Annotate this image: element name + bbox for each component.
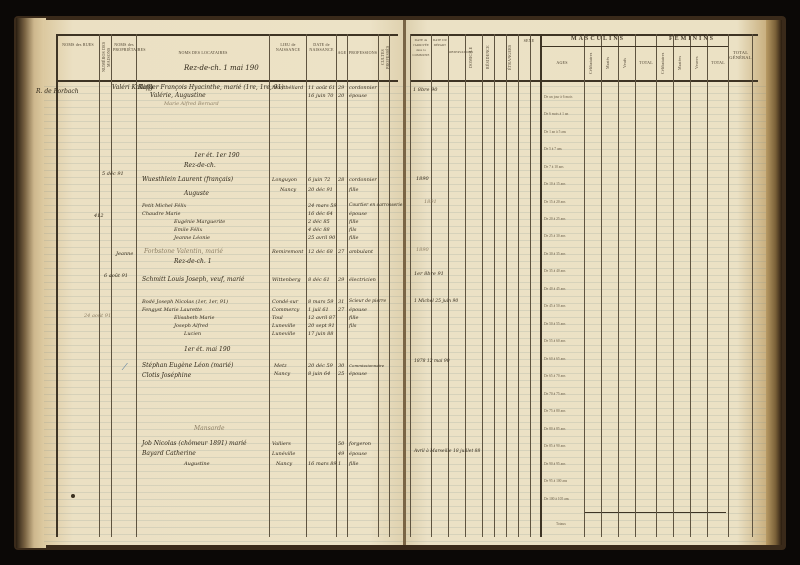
tenant-name: Wuesthlein Laurent (français) xyxy=(142,176,233,184)
col-divider xyxy=(690,34,691,537)
arrival-date: 1 8bre 90 xyxy=(413,86,437,94)
tenant-name: Job Nicolas (chômeur 1891) marié xyxy=(142,440,247,448)
age: 29 xyxy=(338,276,344,284)
header-sexe: SEXE xyxy=(518,38,540,43)
header-m-veufs: Veufs xyxy=(622,50,630,76)
age-row-label: De 40 à 45 ans xyxy=(544,287,565,291)
age-row-label: De 7 à 10 ans xyxy=(544,165,564,169)
header-m-maries: Mariés xyxy=(605,50,613,76)
age-row-label: De 5 à 7 ans xyxy=(544,147,562,151)
tenant-name: Clotis Joséphine xyxy=(142,372,191,380)
birthdate: 8 juin 64 xyxy=(308,370,330,378)
arrival-date: 1878 12 mai 90 xyxy=(414,358,450,366)
ruled-lines xyxy=(406,80,766,545)
tenant-name: Auguste xyxy=(184,190,209,198)
tenant-name: Elisabeth Marie xyxy=(174,314,214,322)
birthplace: Condé-sur xyxy=(272,298,298,306)
col-divider xyxy=(482,34,483,537)
tenant-name: Fengyst Marie Laurette xyxy=(142,306,202,314)
handwritten-heading: Rez-de-ch. 1 mai 190 xyxy=(184,64,259,72)
col-divider xyxy=(656,34,657,537)
age-row-label: De 75 à 80 ans xyxy=(544,409,565,413)
profession: fille xyxy=(349,234,359,242)
section-label: 1er ét. 1er 190 xyxy=(194,152,240,160)
col-divider xyxy=(136,34,137,537)
margin-note: 6 août 91 xyxy=(104,272,128,280)
age-row-label: De 30 à 35 ans xyxy=(544,252,565,256)
age-row-label: De 95 à 100 ans xyxy=(544,479,567,483)
birthdate: 8 mars 59 xyxy=(308,298,333,306)
age-row-label: De 20 à 25 ans xyxy=(544,217,565,221)
arrival-date: 1890 xyxy=(416,246,429,254)
col-divider xyxy=(494,34,495,537)
section-label: 1er ét. mai 190 xyxy=(184,346,230,354)
age: 27 xyxy=(338,306,344,314)
col-divider xyxy=(584,34,585,537)
tenant-name: Joseph Alfred xyxy=(174,322,208,330)
birthdate: 24 mars 59 xyxy=(308,202,337,210)
tenant-name: Marie Alfred Bernard xyxy=(164,100,219,108)
birthdate: 16 mars 89 xyxy=(308,460,337,468)
age: 31 xyxy=(338,298,344,306)
arrival-date: Avril à Marseille 18 juillet 88 xyxy=(414,448,480,456)
ink-dot xyxy=(71,494,75,498)
section-label: Mansarde xyxy=(194,425,225,433)
birthplace: Commercy xyxy=(272,306,299,314)
col-divider xyxy=(99,34,100,537)
age-row-label: De 85 à 90 ans xyxy=(544,444,565,448)
col-divider xyxy=(506,34,507,537)
birthdate: 20 sept 91 xyxy=(308,322,335,330)
age-row-label: De 65 à 70 ans xyxy=(544,374,565,378)
age: 49 xyxy=(338,450,344,458)
col-divider xyxy=(752,34,753,537)
age-row-label: De 1 an à 5 ans xyxy=(544,130,566,134)
header-date: DATE de NAISSANCE xyxy=(308,42,335,52)
col-divider xyxy=(306,34,307,537)
birthplace: Longuyon xyxy=(272,176,297,184)
tenant-name: Schmitt Louis Joseph, veuf, marié xyxy=(142,276,244,284)
right-page: DATE de l'ARRIVÉE dans la COMMUNE DATE D… xyxy=(406,20,766,545)
profession: épouse xyxy=(349,92,367,100)
header-domicile: DOMICILE xyxy=(468,38,478,76)
profession: Courtier en carrosserie xyxy=(349,202,402,210)
arrival-date: 1 Michel 25 juin 90 xyxy=(414,298,458,306)
header-date-arrivee: DATE de l'ARRIVÉE dans la COMMUNE xyxy=(411,38,431,58)
col-divider xyxy=(540,34,542,537)
header-f-veuves: Veuves xyxy=(694,50,702,76)
profession: fille xyxy=(349,460,359,468)
header-residence: RÉSIDENCE xyxy=(485,38,493,76)
header-f-mariees: Mariées xyxy=(677,50,685,76)
tenant-name: Jeanne Léonie xyxy=(174,234,210,242)
birthplace: Luneville xyxy=(272,330,295,338)
birthplace: Metz xyxy=(274,362,287,370)
birthdate: 16 juin 70 xyxy=(308,92,334,100)
age: 29 xyxy=(338,84,344,92)
header-noms-rues: NOMS des RUES xyxy=(58,42,98,47)
col-divider xyxy=(673,34,674,537)
birthplace: Valliers xyxy=(272,440,291,448)
header-numeros: NUMÉROS DES MAISONS xyxy=(101,38,110,76)
col-divider xyxy=(448,34,449,537)
col-divider xyxy=(465,34,466,537)
col-divider xyxy=(728,34,729,537)
birthdate: 1 juil 61 xyxy=(308,306,329,314)
margin-note: 412 xyxy=(94,212,104,220)
col-divider xyxy=(601,34,602,537)
col-divider xyxy=(378,34,379,537)
tenant-name: Chaudre Marie xyxy=(142,210,180,218)
group-rule xyxy=(540,46,728,47)
col-divider xyxy=(389,34,390,537)
col-divider xyxy=(56,34,58,537)
profession: électricien xyxy=(349,276,376,284)
col-divider xyxy=(269,34,270,537)
tenant-name: Forbstone Valentin, marié xyxy=(144,248,223,256)
header-age: AGE xyxy=(337,50,347,55)
birthdate: 8 déc 61 xyxy=(308,276,330,284)
header-locataires: NOMS DES LOCATAIRES xyxy=(138,50,268,55)
profession: épouse xyxy=(349,306,367,314)
profession: cordonnier xyxy=(349,84,377,92)
birthdate: 20 déc 91 xyxy=(308,186,333,194)
profession: épouse xyxy=(349,370,367,378)
left-page: NOMS des RUES NUMÉROS DES MAISONS NOMS d… xyxy=(44,20,406,545)
tenant-name: Raffler François Hyacinthe, marié (1re, … xyxy=(138,84,284,92)
blue-pencil-mark: ⁄ xyxy=(124,364,126,372)
header-professions: PROFESSIONS xyxy=(348,50,378,55)
age-row-label: De 100 à 105 ans xyxy=(544,497,569,501)
tenant-name: Bayard Catherine xyxy=(142,450,196,458)
header-f-celibataires: Célibataires xyxy=(660,50,668,76)
profession: fille xyxy=(349,218,359,226)
book-edge-right xyxy=(766,20,782,545)
birthplace: Luneville xyxy=(272,322,295,330)
birthplace: Nancy xyxy=(276,460,292,468)
margin-note: 24 août 91 xyxy=(84,312,111,320)
birthdate: 20 déc 59 xyxy=(308,362,333,370)
profession: épouse xyxy=(349,450,367,458)
age-row-label: De 55 à 60 ans xyxy=(544,339,565,343)
birthdate: 2 déc 85 xyxy=(308,218,330,226)
birthplace: Lunéville xyxy=(272,450,295,458)
birthdate: 12 déc 68 xyxy=(308,248,333,256)
age-row-label: De 6 mois à 1 an xyxy=(544,112,568,116)
profession: fille xyxy=(349,186,359,194)
age: 20 xyxy=(338,92,344,100)
arrival-date: 1er 8bre 91 xyxy=(414,270,444,278)
age: 30 xyxy=(338,362,344,370)
tenant-name: Petit Michel Félix xyxy=(142,202,186,210)
age-row-label: De 45 à 50 ans xyxy=(544,304,565,308)
profession: fille xyxy=(349,314,359,322)
margin-note: Jeanne xyxy=(116,250,133,258)
totaux-rule xyxy=(584,512,726,513)
header-observations: OBSERVATIONS xyxy=(449,50,465,55)
profession: Scieur de pierre xyxy=(349,298,386,306)
col-divider xyxy=(410,34,411,537)
age-row-label: De 90 à 95 ans xyxy=(544,462,565,466)
header-proprietaires: NOMS des PROPRIÉTAIRES xyxy=(113,42,135,52)
profession: Commissionnaire xyxy=(349,362,384,370)
col-divider xyxy=(111,34,112,537)
tenant-name: Lucien xyxy=(184,330,201,338)
section-label: Rez-de-ch. 1 xyxy=(174,258,212,266)
header-lieu: LIEU de NAISSANCE xyxy=(271,42,305,52)
header-cultes: CULTES PROFESSÉS xyxy=(380,38,388,76)
age-row-label: De un jour à 6 mois xyxy=(544,95,572,99)
header-etrangers: ÉTRANGERS xyxy=(507,38,517,76)
header-masculins: MASCULINS xyxy=(540,37,656,42)
col-divider xyxy=(618,34,619,537)
header-feminins: FEMININS xyxy=(656,37,728,42)
birthplace: Remiremont xyxy=(272,248,303,256)
age-row-label: De 15 à 20 ans xyxy=(544,200,565,204)
section-label: Rez-de-ch. xyxy=(184,162,216,170)
header-ages: AGES xyxy=(542,60,582,65)
margin-note: 5 déc 91 xyxy=(102,170,124,178)
birthdate: 16 déc 64 xyxy=(308,210,333,218)
birthplace: Wittenberg xyxy=(272,276,301,284)
age-row-label: De 70 à 75 ans xyxy=(544,392,565,396)
arrival-date: 1890 xyxy=(416,175,429,183)
age: 27 xyxy=(338,248,344,256)
col-divider xyxy=(707,34,708,537)
birthplace: Nancy xyxy=(280,186,296,194)
tenant-name: Eugénie Marguerite xyxy=(174,218,225,226)
header-date-depart: DATE DU DÉPART xyxy=(432,38,448,48)
age-row-label: De 50 à 55 ans xyxy=(544,322,565,326)
birthdate: 6 juin 72 xyxy=(308,176,330,184)
profession: épouse xyxy=(349,210,367,218)
header-m-total: TOTAL xyxy=(636,60,656,65)
col-divider xyxy=(347,34,348,537)
age: 25 xyxy=(338,370,344,378)
street-name: R. de Forbach xyxy=(36,88,79,96)
birthdate: 25 avril 90 xyxy=(308,234,335,242)
totaux-label: Totaux xyxy=(556,522,566,526)
tenant-name: Stéphan Eugène Léon (marié) xyxy=(142,362,233,370)
birthplace: Toul xyxy=(272,314,283,322)
age-row-label: De 35 à 40 ans xyxy=(544,269,565,273)
age: 28 xyxy=(338,176,344,184)
age: 1 xyxy=(338,460,341,468)
tenant-name: Emile Félix xyxy=(174,226,202,234)
age-row-label: De 25 à 30 ans xyxy=(544,234,565,238)
header-m-celibataires: Célibataires xyxy=(588,50,596,76)
birthdate: 12 avril 87 xyxy=(308,314,335,322)
birthdate: 17 juin 88 xyxy=(308,330,334,338)
birthdate: 4 déc 88 xyxy=(308,226,330,234)
profession: fils xyxy=(349,226,357,234)
header-f-total: TOTAL xyxy=(708,60,728,65)
profession: fils xyxy=(349,322,357,330)
profession: ambulant xyxy=(349,248,373,256)
tenant-name: Bodé Joseph Nicolas (1er, 1er, 91) xyxy=(142,298,228,306)
col-divider xyxy=(635,34,636,537)
col-divider xyxy=(518,34,519,537)
col-divider xyxy=(530,34,531,537)
tenant-name: Valérie, Augustine xyxy=(150,92,206,100)
profession: forgeron xyxy=(349,440,371,448)
age-row-label: De 10 à 15 ans xyxy=(544,182,565,186)
birthdate: 11 août 61 xyxy=(308,84,335,92)
arrival-date: 1891 xyxy=(424,198,437,206)
col-divider xyxy=(431,34,432,537)
birthplace: Montbéliard xyxy=(272,84,303,92)
book-edge-left xyxy=(16,18,46,548)
header-total-general: TOTAL GÉNÉRAL xyxy=(729,50,752,60)
age: 50 xyxy=(338,440,344,448)
profession: cordonnier xyxy=(349,176,377,184)
birthplace: Nancy xyxy=(274,370,290,378)
age-row-label: De 60 à 65 ans xyxy=(544,357,565,361)
tenant-name: Augustine xyxy=(184,460,210,468)
age-row-label: De 80 à 85 ans xyxy=(544,427,565,431)
